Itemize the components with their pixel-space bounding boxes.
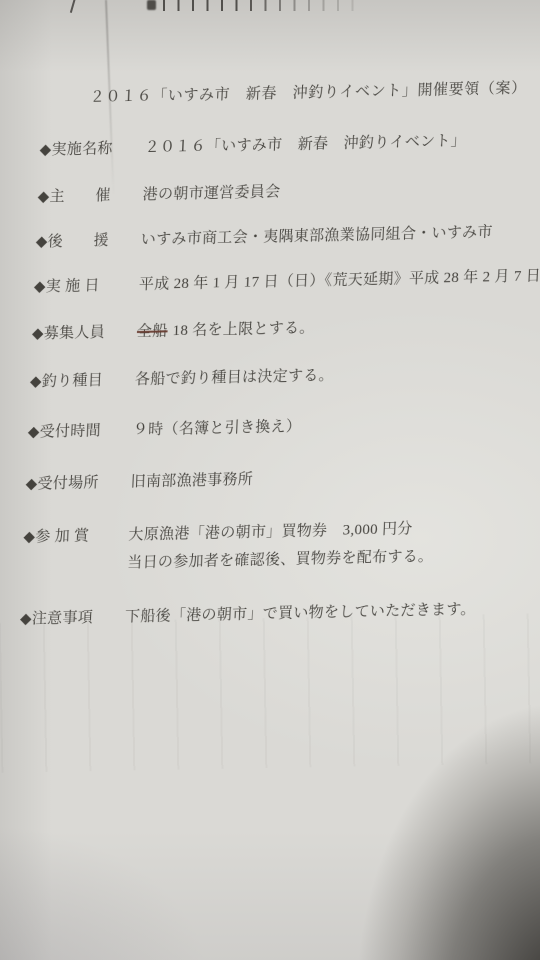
document-photo: ２０１６「いすみ市 新春 沖釣りイベント」開催要領（案） ◆実施名称 ２０１６「…: [0, 0, 540, 960]
row-event-name: ◆実施名称 ２０１６「いすみ市 新春 沖釣りイベント」: [39, 133, 466, 159]
row-label: ◆主 催: [37, 187, 143, 206]
row-value: 全船18 名を上限とする。: [137, 320, 315, 341]
row-event-date: ◆実 施 日 平成 28 年 1 月 17 日（日）《荒天延期》平成 28 年 …: [34, 268, 540, 296]
row-value-line2: 当日の参加者を確認後、買物券を配布する。: [127, 549, 434, 573]
row-value: ９時（名簿と引き換え）: [132, 418, 301, 439]
row-fishing-type: ◆釣り種目 各船で釣り種目は決定する。: [30, 368, 335, 392]
row-value: ２０１６「いすみ市 新春 沖釣りイベント」: [144, 133, 466, 157]
row-notes: ◆注意事項 下船後「港の朝市」で買い物をしていただきます。: [20, 602, 476, 629]
row-label: ◆募集人員: [32, 324, 138, 343]
row-value: 大原漁港「港の朝市」買物券 3,000 円分当日の参加者を確認後、買物券を配布す…: [127, 521, 435, 573]
row-label: ◆受付時間: [27, 422, 133, 441]
row-value: 各船で釣り種目は決定する。: [135, 368, 335, 389]
row-value: 下船後「港の朝市」で買い物をしていただきます。: [125, 602, 476, 627]
row-label: ◆受付場所: [25, 474, 131, 493]
row-capacity: ◆募集人員 全船18 名を上限とする。: [32, 320, 315, 343]
document-title: ２０１６「いすみ市 新春 沖釣りイベント」開催要領（案）: [89, 81, 527, 108]
row-reception-time: ◆受付時間 ９時（名簿と引き換え）: [27, 418, 301, 441]
row-value: 港の朝市運営委員会: [142, 184, 280, 204]
row-participation-prize: ◆参 加 賞 大原漁港「港の朝市」買物券 3,000 円分当日の参加者を確認後、…: [22, 521, 435, 575]
row-label: ◆釣り種目: [30, 372, 136, 391]
row-label: ◆注意事項: [20, 609, 126, 628]
row-label: ◆実 施 日: [34, 277, 140, 296]
row-label: ◆実施名称: [39, 140, 145, 159]
row-label: ◆後 援: [35, 232, 141, 251]
row-value-rest: 18 名を上限とする。: [172, 320, 315, 339]
row-label: ◆参 加 賞: [22, 527, 129, 574]
row-value: いすみ市商工会・夷隅東部漁業協同組合・いすみ市: [140, 224, 493, 249]
row-supporters: ◆後 援 いすみ市商工会・夷隅東部漁業協同組合・いすみ市: [35, 224, 493, 251]
row-value: 平成 28 年 1 月 17 日（日）《荒天延期》平成 28 年 2 月 7 日…: [139, 268, 540, 294]
struck-text: 全船: [137, 323, 173, 340]
document-content: ２０１６「いすみ市 新春 沖釣りイベント」開催要領（案） ◆実施名称 ２０１６「…: [0, 0, 540, 960]
row-value-line1: 大原漁港「港の朝市」買物券 3,000 円分: [128, 521, 413, 543]
row-organizer: ◆主 催 港の朝市運営委員会: [37, 184, 280, 206]
row-reception-place: ◆受付場所 旧南部漁港事務所: [25, 471, 253, 493]
row-value: 旧南部漁港事務所: [130, 471, 253, 491]
